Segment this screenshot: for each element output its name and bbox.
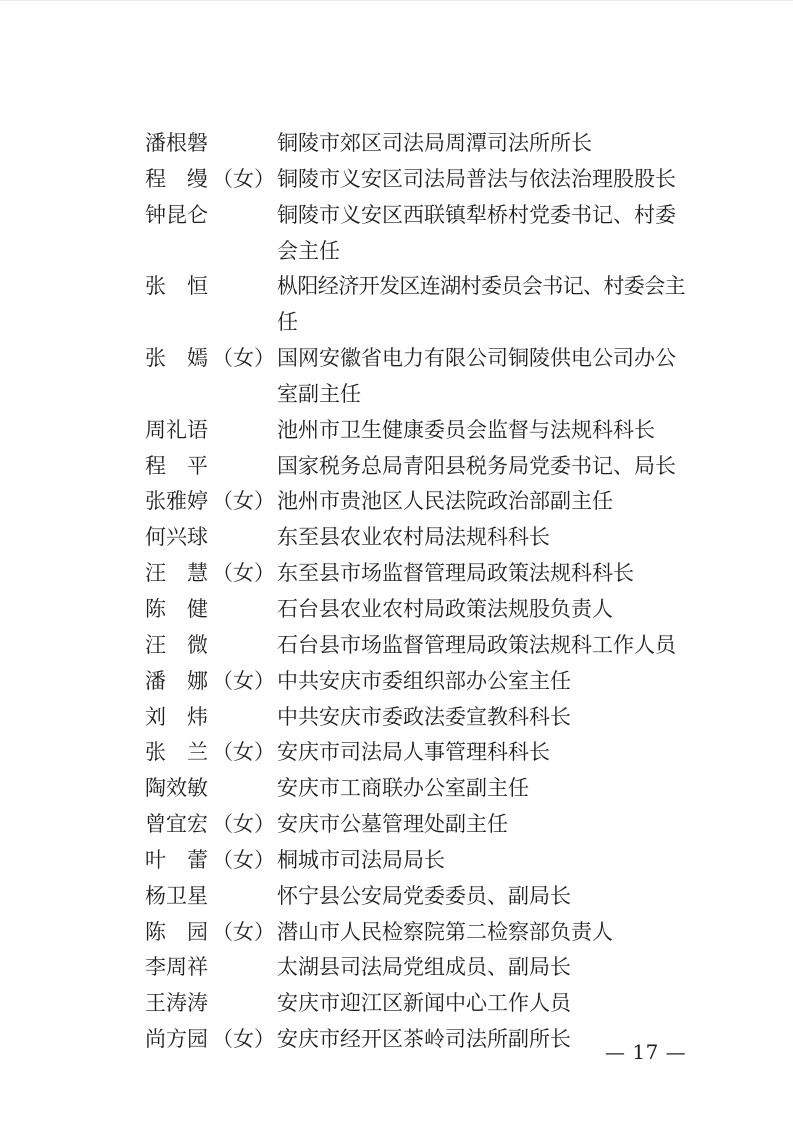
person-name: 陈 园 [145, 915, 212, 951]
gender-annotation: （女） [212, 664, 277, 700]
person-position: 中共安庆市委政法委宣教科科长 [277, 700, 693, 736]
list-item: 陈 园 （女） 潜山市人民检察院第二检察部负责人 [145, 915, 693, 951]
position-line: 东至县市场监督管理局政策法规科科长 [277, 556, 693, 592]
list-item: 张雅婷 （女） 池州市贵池区人民法院政治部副主任 [145, 484, 693, 520]
position-line: 桐城市司法局局长 [277, 843, 693, 879]
list-item: 曾宜宏 （女） 安庆市公墓管理处副主任 [145, 807, 693, 843]
list-item: 张 嫣 （女） 国网安徽省电力有限公司铜陵供电公司办公室副主任 [145, 341, 693, 413]
person-position: 池州市贵池区人民法院政治部副主任 [277, 484, 693, 520]
position-line: 中共安庆市委组织部办公室主任 [277, 664, 693, 700]
gender-annotation: （女） [212, 915, 277, 951]
person-name: 杨卫星 [145, 879, 212, 915]
person-position: 国网安徽省电力有限公司铜陵供电公司办公室副主任 [277, 341, 693, 413]
gender-annotation: （女） [212, 556, 277, 592]
position-line: 室副主任 [277, 377, 693, 413]
list-item: 叶 蕾 （女） 桐城市司法局局长 [145, 843, 693, 879]
person-name: 陶效敏 [145, 771, 212, 807]
person-name: 汪 慧 [145, 556, 212, 592]
person-position: 枞阳经济开发区连湖村委员会书记、村委会主任 [277, 269, 693, 341]
list-item: 周礼语 池州市卫生健康委员会监督与法规科科长 [145, 413, 693, 449]
person-position: 东至县市场监督管理局政策法规科科长 [277, 556, 693, 592]
person-name: 张雅婷 [145, 484, 212, 520]
person-name: 张 兰 [145, 735, 212, 771]
list-item: 张 恒 枞阳经济开发区连湖村委员会书记、村委会主任 [145, 269, 693, 341]
list-item: 杨卫星 怀宁县公安局党委委员、副局长 [145, 879, 693, 915]
gender-annotation: （女） [212, 1022, 277, 1058]
list-item: 潘 娜 （女） 中共安庆市委组织部办公室主任 [145, 664, 693, 700]
person-name: 陈 健 [145, 592, 212, 628]
list-item: 程 平 国家税务总局青阳县税务局党委书记、局长 [145, 449, 693, 485]
person-position: 池州市卫生健康委员会监督与法规科科长 [277, 413, 693, 449]
list-item: 刘 炜 中共安庆市委政法委宣教科科长 [145, 700, 693, 736]
position-line: 铜陵市义安区司法局普法与依法治理股股长 [277, 162, 693, 198]
position-line: 石台县农业农村局政策法规股负责人 [277, 592, 693, 628]
person-position: 太湖县司法局党组成员、副局长 [277, 950, 693, 986]
position-line: 铜陵市义安区西联镇犁桥村党委书记、村委 [277, 198, 693, 234]
person-name: 潘 娜 [145, 664, 212, 700]
position-line: 东至县农业农村局法规科科长 [277, 520, 693, 556]
position-line: 枞阳经济开发区连湖村委员会书记、村委会主任 [277, 269, 693, 341]
position-line: 安庆市工商联办公室副主任 [277, 771, 693, 807]
list-item: 何兴球 东至县农业农村局法规科科长 [145, 520, 693, 556]
position-line: 石台县市场监督管理局政策法规科工作人员 [277, 628, 693, 664]
gender-annotation: （女） [212, 484, 277, 520]
position-line: 铜陵市郊区司法局周潭司法所所长 [277, 126, 693, 162]
person-name: 周礼语 [145, 413, 212, 449]
position-line: 中共安庆市委政法委宣教科科长 [277, 700, 693, 736]
person-position: 石台县农业农村局政策法规股负责人 [277, 592, 693, 628]
person-name: 刘 炜 [145, 700, 212, 736]
person-name: 程 平 [145, 449, 212, 485]
position-line: 太湖县司法局党组成员、副局长 [277, 950, 693, 986]
person-name: 尚方园 [145, 1022, 212, 1058]
list-item: 潘根磐 铜陵市郊区司法局周潭司法所所长 [145, 126, 693, 162]
list-item: 汪 慧 （女） 东至县市场监督管理局政策法规科科长 [145, 556, 693, 592]
position-line: 安庆市公墓管理处副主任 [277, 807, 693, 843]
position-line: 池州市贵池区人民法院政治部副主任 [277, 484, 693, 520]
person-position: 潜山市人民检察院第二检察部负责人 [277, 915, 693, 951]
gender-annotation: （女） [212, 843, 277, 879]
list-item: 汪 微 石台县市场监督管理局政策法规科工作人员 [145, 628, 693, 664]
position-line: 池州市卫生健康委员会监督与法规科科长 [277, 413, 693, 449]
person-position: 安庆市迎江区新闻中心工作人员 [277, 986, 693, 1022]
person-name: 潘根磐 [145, 126, 212, 162]
person-position: 铜陵市义安区西联镇犁桥村党委书记、村委会主任 [277, 198, 693, 270]
person-name: 王涛涛 [145, 986, 212, 1022]
gender-annotation: （女） [212, 341, 277, 377]
position-line: 安庆市迎江区新闻中心工作人员 [277, 986, 693, 1022]
roster-list: 潘根磐 铜陵市郊区司法局周潭司法所所长 程 缦 （女） 铜陵市义安区司法局普法与… [145, 126, 693, 1058]
person-name: 程 缦 [145, 162, 212, 198]
person-name: 曾宜宏 [145, 807, 212, 843]
list-item: 李周祥 太湖县司法局党组成员、副局长 [145, 950, 693, 986]
position-line: 安庆市司法局人事管理科科长 [277, 735, 693, 771]
person-position: 国家税务总局青阳县税务局党委书记、局长 [277, 449, 693, 485]
position-line: 潜山市人民检察院第二检察部负责人 [277, 915, 693, 951]
person-name: 张 嫣 [145, 341, 212, 377]
position-line: 会主任 [277, 234, 693, 270]
person-name: 何兴球 [145, 520, 212, 556]
person-position: 桐城市司法局局长 [277, 843, 693, 879]
person-position: 安庆市司法局人事管理科科长 [277, 735, 693, 771]
person-name: 李周祥 [145, 950, 212, 986]
person-position: 怀宁县公安局党委委员、副局长 [277, 879, 693, 915]
person-position: 东至县农业农村局法规科科长 [277, 520, 693, 556]
gender-annotation: （女） [212, 735, 277, 771]
gender-annotation: （女） [212, 807, 277, 843]
person-name: 叶 蕾 [145, 843, 212, 879]
person-name: 钟昆仑 [145, 198, 212, 234]
person-position: 石台县市场监督管理局政策法规科工作人员 [277, 628, 693, 664]
person-position: 铜陵市郊区司法局周潭司法所所长 [277, 126, 693, 162]
document-page: 潘根磐 铜陵市郊区司法局周潭司法所所长 程 缦 （女） 铜陵市义安区司法局普法与… [0, 0, 793, 1122]
person-position: 中共安庆市委组织部办公室主任 [277, 664, 693, 700]
list-item: 张 兰 （女） 安庆市司法局人事管理科科长 [145, 735, 693, 771]
list-item: 王涛涛 安庆市迎江区新闻中心工作人员 [145, 986, 693, 1022]
person-name: 汪 微 [145, 628, 212, 664]
position-line: 国家税务总局青阳县税务局党委书记、局长 [277, 449, 693, 485]
position-line: 怀宁县公安局党委委员、副局长 [277, 879, 693, 915]
list-item: 程 缦 （女） 铜陵市义安区司法局普法与依法治理股股长 [145, 162, 693, 198]
person-position: 安庆市公墓管理处副主任 [277, 807, 693, 843]
person-position: 安庆市工商联办公室副主任 [277, 771, 693, 807]
list-item: 陶效敏 安庆市工商联办公室副主任 [145, 771, 693, 807]
page-number: — 17 — [605, 1041, 686, 1064]
list-item: 陈 健 石台县农业农村局政策法规股负责人 [145, 592, 693, 628]
person-name: 张 恒 [145, 269, 212, 305]
person-position: 铜陵市义安区司法局普法与依法治理股股长 [277, 162, 693, 198]
position-line: 国网安徽省电力有限公司铜陵供电公司办公 [277, 341, 693, 377]
page-top-edge [0, 0, 793, 1]
gender-annotation: （女） [212, 162, 277, 198]
list-item: 钟昆仑 铜陵市义安区西联镇犁桥村党委书记、村委会主任 [145, 198, 693, 270]
